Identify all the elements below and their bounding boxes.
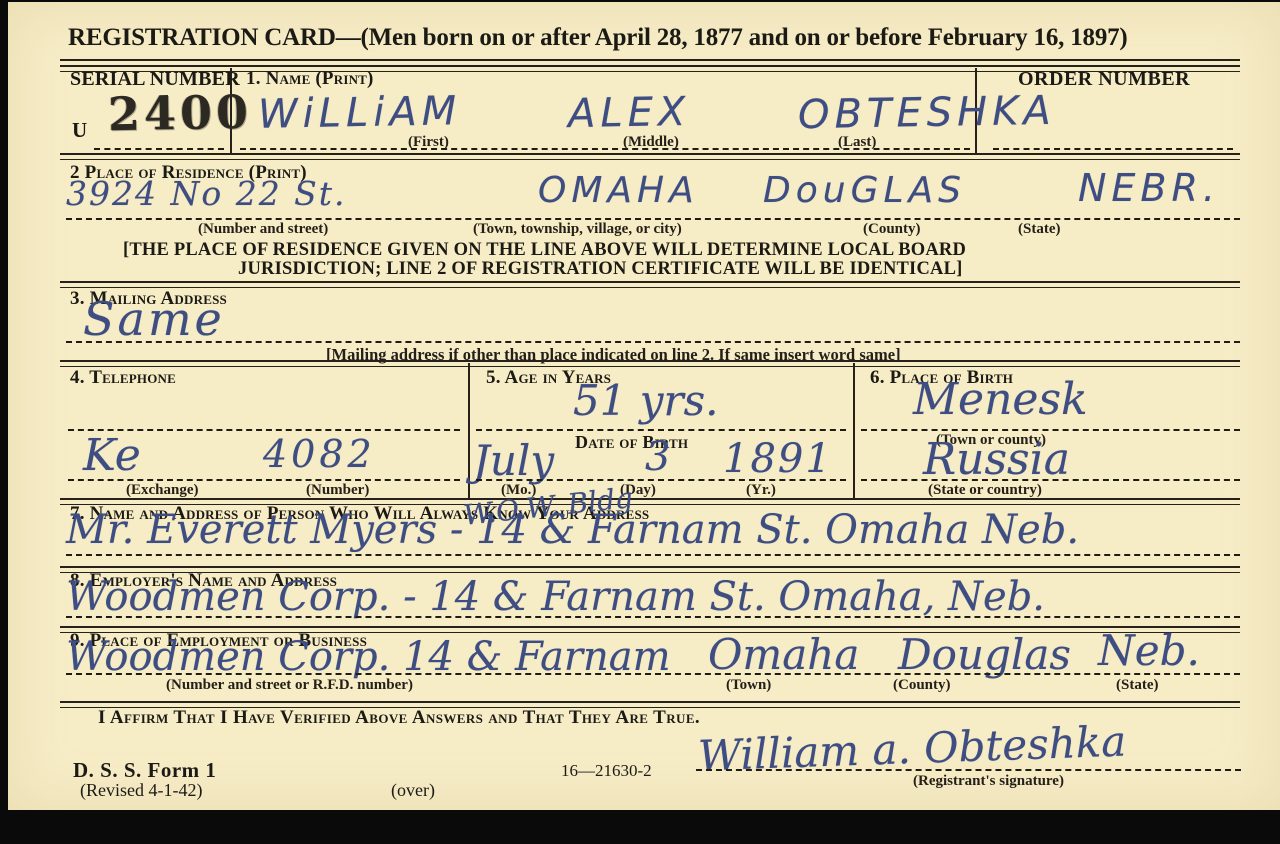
signature-line <box>696 769 1241 771</box>
signature-caption: (Registrant's signature) <box>913 773 1064 790</box>
serial-prefix: U <box>72 118 87 143</box>
order-number-label: ORDER NUMBER <box>1018 68 1190 91</box>
residence-town-sublabel: (Town, township, village, or city) <box>473 221 682 238</box>
employer-line <box>66 616 1240 618</box>
name-label: 1. Name (Print) <box>246 68 374 90</box>
jurisdiction-notice-line1: [THE PLACE OF RESIDENCE GIVEN ON THE LIN… <box>123 240 966 261</box>
employment-state-sublabel: (State) <box>1116 677 1158 694</box>
birth-year-sublabel: (Yr.) <box>746 482 776 499</box>
serial-number-line <box>94 148 224 150</box>
residence-county-value: DouGLAS <box>763 170 966 211</box>
birth-country-line <box>861 479 1240 481</box>
form-revision: (Revised 4-1-42) <box>80 780 202 801</box>
residence-street-value: 3924 No 22 St. <box>66 174 347 213</box>
residence-line <box>66 218 1240 220</box>
telephone-exchange-value: Ke <box>83 430 141 481</box>
order-number-line <box>993 148 1233 150</box>
residence-state-value: NEBR. <box>1078 166 1220 210</box>
name-middle-value: ALEX <box>568 89 691 137</box>
affirmation-text: I Affirm That I Have Verified Above Answ… <box>98 707 700 729</box>
date-of-birth-line <box>476 479 846 481</box>
serial-number-stamp: 2400 <box>108 85 253 142</box>
contact-person-line <box>66 554 1240 556</box>
employment-county-value: Douglas <box>898 630 1071 679</box>
residence-town-value: OMAHA <box>538 170 699 211</box>
mailing-address-line <box>66 341 1240 343</box>
employment-county-sublabel: (County) <box>893 677 951 694</box>
age-value: 51 yrs. <box>573 376 719 425</box>
row1-bottom-rule <box>60 153 1240 160</box>
residence-county-sublabel: (County) <box>863 221 921 238</box>
name-middle-sublabel: (Middle) <box>623 134 679 151</box>
residence-state-sublabel: (State) <box>1018 221 1060 238</box>
telephone-label: 4. Telephone <box>70 367 176 389</box>
mailing-address-value: Same <box>83 292 225 346</box>
print-code: 16—21630-2 <box>561 761 652 781</box>
mailing-rule <box>60 360 1240 367</box>
birth-month-value: July <box>473 436 554 485</box>
name-last-sublabel: (Last) <box>838 134 876 151</box>
name-last-value: OBTESHKA <box>798 88 1056 138</box>
registration-card: REGISTRATION CARD—(Men born on or after … <box>8 2 1280 810</box>
birth-town-value: Menesk <box>913 374 1088 425</box>
date-of-birth-label: Date of Birth <box>575 432 688 453</box>
birth-day-value: 3 <box>645 434 670 480</box>
employer-value: Woodmen Corp. - 14 & Farnam St. Omaha, N… <box>66 574 1045 620</box>
residence-street-sublabel: (Number and street) <box>198 221 328 238</box>
age-line <box>476 429 846 431</box>
employment-street-sublabel: (Number and street or R.F.D. number) <box>166 677 413 694</box>
contact-person-value: Mr. Everett Myers - 14 & Farnam St. Omah… <box>66 507 1079 553</box>
name-first-value: WiLLiAM <box>258 88 462 138</box>
employment-line <box>66 673 1240 675</box>
age-birth-divider <box>853 363 855 499</box>
employment-town-sublabel: (Town) <box>726 677 771 694</box>
birth-country-value: Russia <box>923 434 1070 485</box>
birth-country-sublabel: (State or country) <box>928 482 1042 499</box>
name-first-sublabel: (First) <box>408 134 449 151</box>
jurisdiction-notice-line2: JURISDICTION; LINE 2 OF REGISTRATION CER… <box>238 259 962 280</box>
telephone-lower-line <box>68 479 460 481</box>
telephone-number-value: 4082 <box>263 432 376 476</box>
telephone-age-divider <box>468 363 470 499</box>
employment-town-value: Omaha <box>708 630 859 679</box>
telephone-number-sublabel: (Number) <box>306 482 369 499</box>
card-title: REGISTRATION CARD—(Men born on or after … <box>68 24 1128 52</box>
telephone-exchange-sublabel: (Exchange) <box>126 482 199 499</box>
birth-town-line <box>861 429 1240 431</box>
form-over-note: (over) <box>391 780 435 801</box>
birth-year-value: 1891 <box>723 436 833 482</box>
notice-rule <box>60 281 1240 288</box>
employment-state-value: Neb. <box>1098 626 1200 675</box>
